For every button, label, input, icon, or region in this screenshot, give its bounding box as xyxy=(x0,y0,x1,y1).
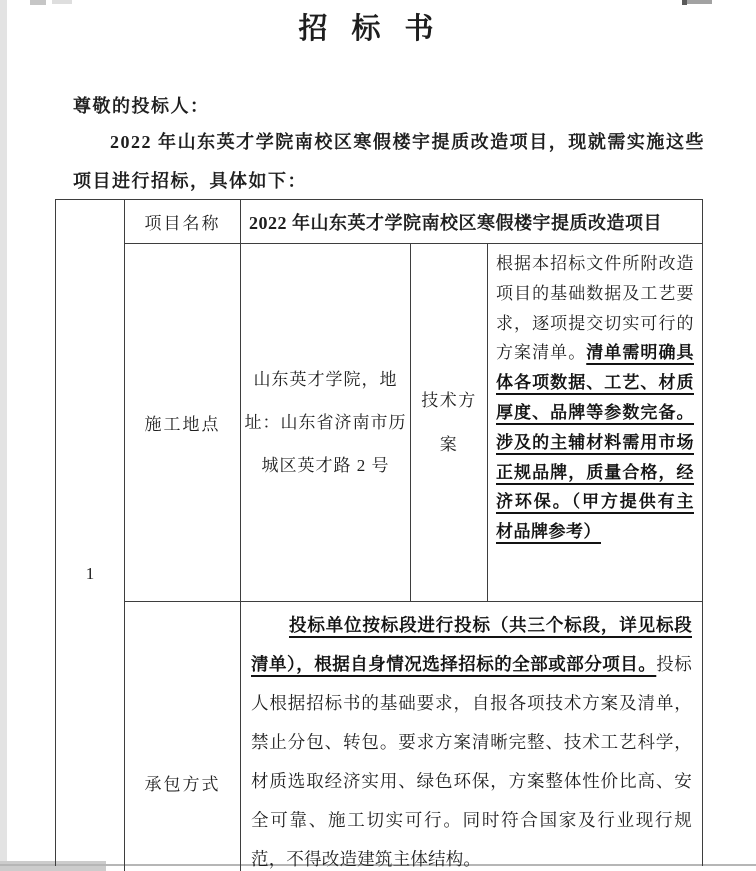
salutation-line: 尊敬的投标人： xyxy=(73,92,210,118)
page-left-edge xyxy=(0,0,7,866)
project-name-label-cell: 项目名称 xyxy=(124,200,240,243)
contract-label-cell: 承包方式 xyxy=(124,601,240,871)
scan-artifact-top-right-bar xyxy=(687,0,712,4)
intro-paragraph: 2022 年山东英才学院南校区寒假楼宇提质改造项目，现就需实施这些项目进行招标，… xyxy=(73,123,705,201)
project-name-value-cell: 2022 年山东英才学院南校区寒假楼宇提质改造项目 xyxy=(240,200,702,243)
contract-terms-cell: 投标单位按标段进行投标（共三个标段，详见标段清单），根据自身情况选择招标的全部或… xyxy=(240,601,702,871)
address-line-2: 址：山东省济南市历 xyxy=(245,401,407,444)
scan-artifact-top-left-2 xyxy=(52,0,72,4)
row-number-cell: 1 xyxy=(56,200,124,871)
contract-text-normal: 投标人根据招标书的基础要求，自报各项技术方案及清单，禁止分包、转包。要求方案清晰… xyxy=(251,654,692,869)
scheme-requirement-cell: 根据本招标文件所附改造项目的基础数据及工艺要求，逐项提交切实可行的方案清单。清单… xyxy=(487,243,702,601)
scheme-type-cell: 技术方案 xyxy=(410,243,487,601)
document-title: 招标书 xyxy=(0,6,756,47)
scan-artifact-top-left xyxy=(30,0,46,5)
location-address-cell: 山东英才学院，地 址：山东省济南市历 城区英才路 2 号 xyxy=(240,243,410,601)
requirement-text-emphasis: 清单需明确具体各项数据、工艺、材质厚度、品牌等参数完备。涉及的主辅材料需用市场正… xyxy=(496,343,694,541)
location-label: 施工地点 xyxy=(145,410,221,435)
tender-info-table: 1 项目名称 2022 年山东英才学院南校区寒假楼宇提质改造项目 施工地点 山东… xyxy=(55,199,703,866)
address-line-1: 山东英才学院，地 xyxy=(254,358,398,401)
row-number: 1 xyxy=(56,564,124,584)
tender-document-page: 招标书 尊敬的投标人： 2022 年山东英才学院南校区寒假楼宇提质改造项目，现就… xyxy=(0,0,756,871)
contract-text-emphasis: 投标单位按标段进行投标（共三个标段，详见标段清单），根据自身情况选择招标的全部或… xyxy=(251,615,692,674)
scheme-type-label: 技术方案 xyxy=(420,379,478,467)
contract-label: 承包方式 xyxy=(145,775,221,794)
address-line-3: 城区英才路 2 号 xyxy=(262,444,390,487)
project-name-value: 2022 年山东英才学院南校区寒假楼宇提质改造项目 xyxy=(249,209,662,235)
project-name-label: 项目名称 xyxy=(145,209,221,234)
location-label-cell: 施工地点 xyxy=(124,243,240,601)
